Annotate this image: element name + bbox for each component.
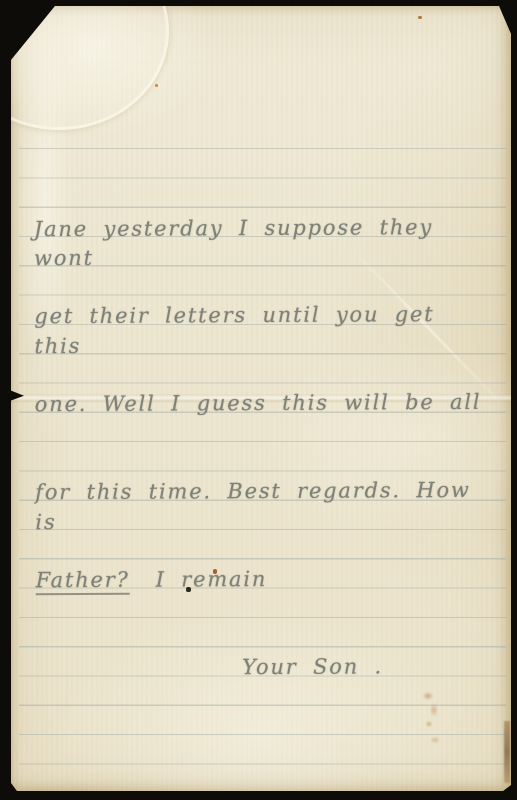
underlined-word-father: Father? (36, 568, 130, 595)
handwriting-line-3: one. Well I guess this will be all (35, 388, 495, 420)
handwriting: Jane yesterday I suppose they wont get t… (33, 154, 496, 742)
rust-speck-small (155, 84, 158, 87)
corner-crease (11, 6, 169, 130)
signature-line: Your Son . (36, 652, 496, 684)
handwriting-line-4: for this time. Best regards. How is (35, 476, 495, 508)
handwriting-line-2: get their letters until you get this (34, 300, 494, 332)
scan-background: Jane yesterday I suppose they wont get t… (0, 0, 517, 800)
edge-stain (504, 721, 510, 783)
handwriting-line-5-rest: I remain (156, 567, 268, 592)
rust-speck-top (418, 16, 422, 19)
handwriting-line-5: Father?I remain (36, 564, 496, 596)
letter-page: Jane yesterday I suppose they wont get t… (11, 6, 511, 791)
handwriting-line-1: Jane yesterday I suppose they wont (34, 212, 494, 244)
